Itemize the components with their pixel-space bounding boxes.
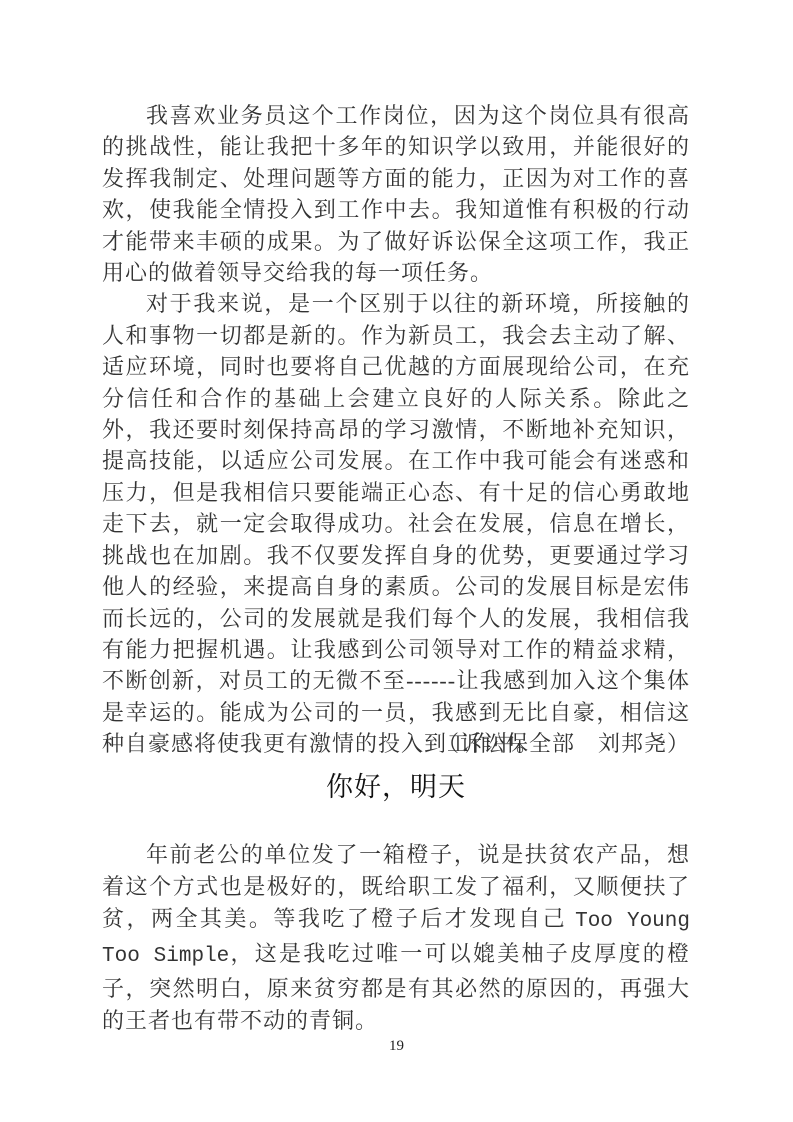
document-page: 我喜欢业务员这个工作岗位，因为这个岗位具有很高的挑战性，能让我把十多年的知识学以…	[0, 0, 793, 1122]
article-hello-tomorrow: 年前老公的单位发了一箱橙子，说是扶贫农产品，想着这个方式也是极好的，既给职工发了…	[102, 839, 690, 1037]
article1-paragraph-2-text: 对于我来说，是一个区别于以往的新环境，所接触的人和事物一切都是新的。作为新员工，…	[102, 291, 690, 756]
article1-paragraph-2: 对于我来说，是一个区别于以往的新环境，所接触的人和事物一切都是新的。作为新员工，…	[102, 288, 690, 759]
page-number: 19	[389, 1038, 404, 1054]
article-work-reflection: 我喜欢业务员这个工作岗位，因为这个岗位具有很高的挑战性，能让我把十多年的知识学以…	[102, 100, 690, 760]
attribution-signature: （诉讼保全部 刘邦尧）	[437, 728, 690, 759]
page-footer: 19	[0, 1036, 793, 1056]
article2-paragraph-1: 年前老公的单位发了一箱橙子，说是扶贫农产品，想着这个方式也是极好的，既给职工发了…	[102, 839, 690, 1037]
latin-text: Too Young Too Simple	[102, 910, 690, 968]
article2-title: 你好，明天	[102, 773, 690, 802]
article1-paragraph-1: 我喜欢业务员这个工作岗位，因为这个岗位具有很高的挑战性，能让我把十多年的知识学以…	[102, 100, 690, 288]
